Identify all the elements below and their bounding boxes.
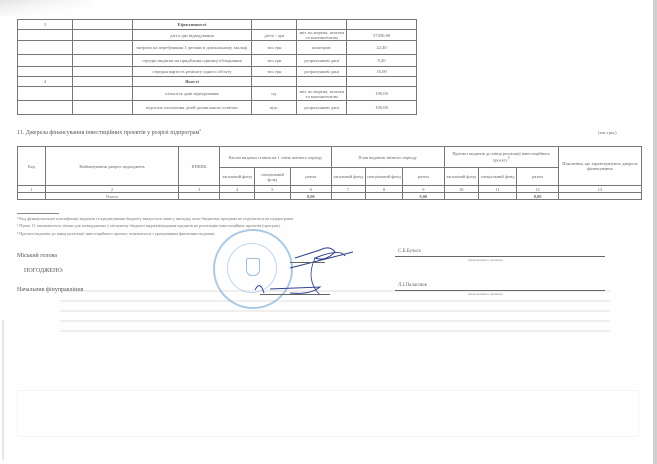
col-header-explanation: Пояснення, що характеризують джерела фін…	[558, 147, 641, 186]
col-header-special: спеціальний фонд	[254, 168, 290, 186]
indicator-value: 190,00	[347, 87, 417, 101]
table-row: середня вартість ремонту одного об'єкту …	[18, 67, 417, 77]
row-num: 4	[18, 77, 73, 87]
indicator-name: витрати на перебування 1 дитини в дошкіл…	[132, 41, 252, 55]
header-row: Код Найменування джерел надходжень КПКВК…	[18, 147, 642, 168]
total-row: Усього 0,00 0,00 0,00	[18, 193, 642, 200]
indicator-source: звіт по мережі, штатам та контингентам	[297, 30, 347, 41]
indicator-unit: тис.грн	[252, 67, 297, 77]
indicator-value: 100,00	[347, 101, 417, 115]
bleed-through-text	[60, 290, 610, 350]
table-row: 3 Ефективності	[18, 20, 417, 30]
footnote-divider	[17, 213, 59, 214]
indicator-source: розрахункові дані	[297, 101, 347, 115]
indicator-name: середня вартість ремонту одного об'єкту	[132, 67, 252, 77]
table-row: витрати на перебування 1 дитини в дошкіл…	[18, 41, 417, 55]
col-header-total: разом	[517, 168, 559, 186]
unit-label: (тис.грн.)	[598, 130, 617, 135]
col-header-code: Код	[18, 147, 46, 186]
plan-total: 0,00	[403, 193, 445, 200]
mayor-label: Міський голова	[17, 253, 57, 259]
col-header-kpkvk: КПКВК	[178, 147, 220, 186]
footnote-2: ² Пункт 11 заповнюється тільки для затве…	[17, 223, 281, 228]
indicator-unit: відс.	[252, 101, 297, 115]
section-11-title: 11. Джерела фінансування інвестиційних п…	[17, 128, 201, 136]
page-curl	[0, 0, 90, 16]
indicator-name: дітто-дні відвідування	[132, 30, 252, 41]
finance-head-name: Л.І.Палагнюк	[398, 283, 427, 288]
indicator-source: звіт по мережі, штатам та контингентам	[297, 87, 347, 101]
trident-icon	[246, 258, 260, 276]
section-heading: Якості	[132, 77, 252, 87]
row-num: 3	[18, 20, 73, 30]
table-row: дітто-дні відвідування дітто - дні звіт …	[18, 30, 417, 41]
col-header-total: разом	[403, 168, 445, 186]
indicator-value: 9,20	[347, 55, 417, 67]
indicator-name: кількість днів відвідування	[132, 87, 252, 101]
col-header-name: Найменування джерел надходжень	[46, 147, 179, 186]
indicators-table: 3 Ефективності дітто-дні відвідування ді…	[17, 19, 417, 115]
indicator-unit: тис.грн	[252, 55, 297, 67]
col-header-cash: Касові видатки станом на 1 січня звітног…	[220, 147, 331, 168]
table-row: відсоток охоплення дітей дошкільною осві…	[18, 101, 417, 115]
table-row: 4 Якості	[18, 77, 417, 87]
col-header-total: разом	[291, 168, 331, 186]
column-number-row: 1 2 3 4 5 6 7 8 9 10 11 12 13	[18, 186, 642, 193]
indicator-unit: од.	[252, 87, 297, 101]
total-label: Усього	[46, 193, 179, 200]
indicator-value: 57450,00	[347, 30, 417, 41]
indicator-unit: дітто - дні	[252, 30, 297, 41]
table-row: середні видатки на придбання одиниці обл…	[18, 55, 417, 67]
indicator-value: 22,40	[347, 41, 417, 55]
bleed-through-table	[17, 390, 639, 437]
col-header-forecast: Прогноз видатків до кінця реалізації інв…	[444, 147, 558, 168]
section-heading: Ефективності	[132, 20, 252, 30]
col-header-special: спеціальний фонд	[365, 168, 402, 186]
footnote-1: ¹ Код функціональної класифікації видатк…	[17, 216, 294, 221]
col-header-general: загальний фонд	[331, 168, 365, 186]
col-header-plan: План видатків звітного періоду	[331, 147, 444, 168]
indicator-source: розрахункові дані	[297, 67, 347, 77]
indicator-source: розрахункові дані	[297, 55, 347, 67]
col-header-special: спеціальний фонд	[478, 168, 516, 186]
mayor-name: С.Б.Бульга	[398, 249, 421, 254]
forecast-total: 0,00	[517, 193, 559, 200]
page-edge-left	[2, 320, 4, 460]
col-header-general: загальний фонд	[220, 168, 254, 186]
footnote-3: ³ Прогноз видатків до кінця реалізації і…	[17, 231, 215, 236]
indicator-name: середні видатки на придбання одиниці обл…	[132, 55, 252, 67]
page-edge	[653, 0, 657, 464]
cash-total: 0,00	[291, 193, 331, 200]
indicator-value: 35,00	[347, 67, 417, 77]
col-header-general: загальний фонд	[444, 168, 478, 186]
table-row: кількість днів відвідування од. звіт по …	[18, 87, 417, 101]
document-page: 3 Ефективності дітто-дні відвідування ді…	[0, 0, 657, 464]
financing-sources-table: Код Найменування джерел надходжень КПКВК…	[17, 146, 642, 200]
indicator-name: відсоток охоплення дітей дошкільною осві…	[132, 101, 252, 115]
indicator-source: кошторис	[297, 41, 347, 55]
indicator-unit: тис.грн	[252, 41, 297, 55]
agreed-label: ПОГОДЖЕНО:	[24, 268, 64, 274]
